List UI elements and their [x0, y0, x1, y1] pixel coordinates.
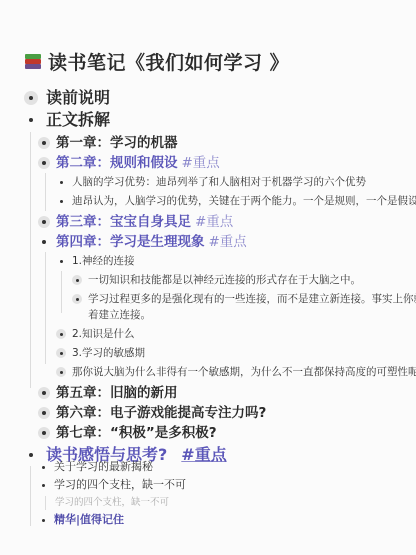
- section-label: 3.学习的敏感期: [72, 344, 145, 362]
- tag-key-point[interactable]: #重点: [181, 443, 226, 467]
- bullet-collapsed-icon[interactable]: [72, 294, 82, 304]
- bullet-icon[interactable]: [56, 196, 66, 206]
- note-item[interactable]: 一切知识和技能都是以神经元连接的形式存在于大脑之中。: [72, 271, 361, 289]
- bullet-icon[interactable]: [38, 480, 48, 490]
- bullet-icon[interactable]: [24, 113, 38, 127]
- bullet-collapsed-icon[interactable]: [56, 348, 66, 358]
- bullet-icon[interactable]: [38, 462, 48, 472]
- chapter-label: 第一章：学习的机器: [56, 133, 178, 153]
- chapter-2[interactable]: 第二章：规则和假设 #重点: [38, 153, 220, 173]
- indent-guide: [45, 496, 46, 510]
- chapter-label: 第六章：电子游戏能提高专注力吗?: [56, 403, 266, 423]
- tag-key-point[interactable]: #重点: [209, 232, 247, 252]
- bullet-collapsed-icon[interactable]: [38, 157, 50, 169]
- item-note: 学习的四个支柱，缺一不可: [55, 494, 169, 512]
- chapter-label: 第七章：“积极”是多积极?: [56, 423, 217, 443]
- chapter-label: 第五章：旧脑的新用: [56, 383, 178, 403]
- chapter-5[interactable]: 第五章：旧脑的新用: [38, 383, 178, 403]
- outline-item-main-text[interactable]: 正文拆解: [24, 108, 110, 132]
- chapter-label: 第四章：学习是生理现象: [56, 232, 205, 252]
- reflection-item[interactable]: 精华|值得记住: [38, 511, 124, 529]
- chapter-label: 第二章：规则和假设: [56, 153, 178, 173]
- tag-key-point[interactable]: #重点: [195, 212, 233, 232]
- item-label: 读前说明: [46, 86, 110, 110]
- note-item[interactable]: 人脑的学习优势：迪昂列举了和人脑相对于机器学习的六个优势: [56, 173, 366, 191]
- tag-key-point[interactable]: #重点: [182, 153, 220, 173]
- bullet-collapsed-icon[interactable]: [72, 275, 82, 285]
- section-label: 2.知识是什么: [72, 325, 135, 343]
- bullet-icon[interactable]: [56, 177, 66, 187]
- bullet-collapsed-icon[interactable]: [38, 216, 50, 228]
- section-label: 那你说大脑为什么非得有一个敏感期，为什么不一直都保持高度的可塑性呢?: [72, 363, 416, 381]
- indent-guide: [61, 271, 62, 313]
- bullet-collapsed-icon[interactable]: [56, 329, 66, 339]
- page-title: 读书笔记《我们如何学习 》: [24, 48, 289, 74]
- note-text: 人脑的学习优势：迪昂列举了和人脑相对于机器学习的六个优势: [72, 173, 366, 191]
- bullet-icon[interactable]: [56, 256, 66, 266]
- bullet-icon[interactable]: [38, 515, 48, 525]
- page-title-text: 读书笔记《我们如何学习 》: [48, 48, 289, 75]
- reflection-item[interactable]: 关于学习的最新揭秘: [38, 458, 153, 476]
- section-label: 1.神经的连接: [72, 252, 135, 270]
- chapter-6[interactable]: 第六章：电子游戏能提高专注力吗?: [38, 403, 266, 423]
- section-item[interactable]: 3.学习的敏感期: [56, 344, 145, 362]
- item-label: 学习的四个支柱，缺一不可: [54, 476, 186, 494]
- bullet-collapsed-icon[interactable]: [38, 427, 50, 439]
- indent-guide: [45, 173, 46, 211]
- note-text: 一切知识和技能都是以神经元连接的形式存在于大脑之中。: [88, 271, 361, 289]
- section-item[interactable]: 2.知识是什么: [56, 325, 135, 343]
- reflection-item[interactable]: 学习的四个支柱，缺一不可: [38, 476, 186, 494]
- note-text: 着建立连接。: [88, 306, 151, 324]
- section-item[interactable]: 那你说大脑为什么非得有一个敏感期，为什么不一直都保持高度的可塑性呢?: [56, 363, 416, 381]
- note-text-continuation: 着建立连接。: [88, 306, 151, 324]
- item-label: 正文拆解: [46, 108, 110, 132]
- item-label: 关于学习的最新揭秘: [54, 458, 153, 476]
- bullet-icon[interactable]: [38, 236, 50, 248]
- indent-guide: [30, 466, 31, 526]
- chapter-7[interactable]: 第七章：“积极”是多积极?: [38, 423, 217, 443]
- bullet-collapsed-icon[interactable]: [38, 387, 50, 399]
- indent-guide: [45, 252, 46, 364]
- indent-guide: [30, 132, 31, 388]
- chapter-3[interactable]: 第三章：宝宝自身具足 #重点: [38, 212, 233, 232]
- item-label: 精华|值得记住: [54, 511, 124, 529]
- outline-item-pre-reading[interactable]: 读前说明: [24, 86, 110, 110]
- chapter-4[interactable]: 第四章：学习是生理现象 #重点: [38, 232, 247, 252]
- section-item[interactable]: 1.神经的连接: [56, 252, 135, 270]
- bullet-collapsed-icon[interactable]: [38, 137, 50, 149]
- chapter-1[interactable]: 第一章：学习的机器: [38, 133, 178, 153]
- note-item[interactable]: 迪昂认为，人脑学习的优势，关键在于两个能力。一个是规则，一个是假设。: [56, 192, 416, 210]
- bullet-collapsed-icon[interactable]: [24, 91, 38, 105]
- note-text: 迪昂认为，人脑学习的优势，关键在于两个能力。一个是规则，一个是假设。: [72, 192, 416, 210]
- bullet-collapsed-icon[interactable]: [56, 367, 66, 377]
- books-icon: [24, 52, 42, 70]
- chapter-label: 第三章：宝宝自身具足: [56, 212, 191, 232]
- bullet-icon[interactable]: [24, 448, 38, 462]
- note-text: 学习的四个支柱，缺一不可: [55, 494, 169, 512]
- bullet-collapsed-icon[interactable]: [38, 407, 50, 419]
